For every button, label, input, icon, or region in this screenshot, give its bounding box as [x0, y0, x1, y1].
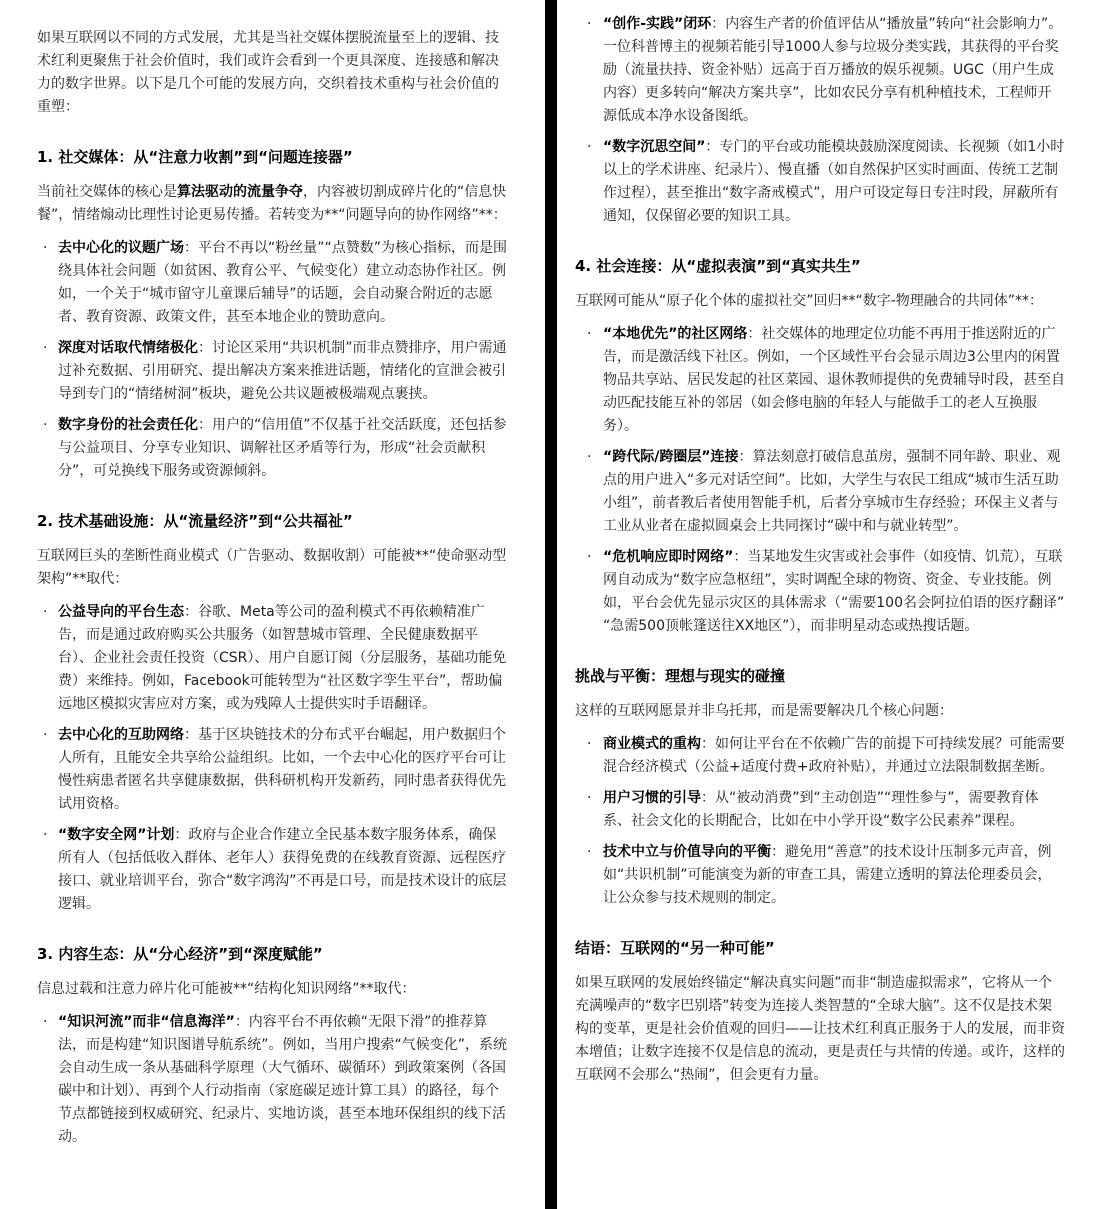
text-run: ：内容生产者的价值评估从“播放量”转向“社会影响力”。一位科普博主的视频若能引导…	[603, 16, 1062, 124]
text-run: 互联网可能从“原子化个体的虚拟社交”回归**“数字-物理融合的共同体”**：	[575, 293, 1043, 309]
bullet-marker-icon: ·	[43, 724, 47, 747]
list-item: ·“数字沉思空间”：专门的平台或功能模块鼓励深度阅读、长视频（如1小时以上的学术…	[575, 136, 1065, 228]
list-item: ·去中心化的议题广场：平台不再以“粉丝量”“点赞数”为核心指标，而是围绕具体社会…	[37, 237, 510, 329]
list-item: ·深度对话取代情绪极化：讨论区采用“共识机制”而非点赞排序，用户需通过补充数据、…	[37, 337, 510, 406]
list-item: ·“知识河流”而非“信息海洋”：内容平台不再依赖“无限下滑”的推荐算法，而是构建…	[37, 1011, 510, 1149]
list-item: ·“跨代际/跨圈层”连接：算法刻意打破信息茧房，强制不同年龄、职业、观点的用户进…	[575, 446, 1065, 538]
bullet-marker-icon: ·	[43, 337, 47, 360]
list-item: ·去中心化的互助网络：基于区块链技术的分布式平台崛起，用户数据归个人所有，且能安…	[37, 724, 510, 816]
text-run: ：谷歌、Meta等公司的盈利模式不再依赖精准广告，而是通过政府购买公共服务（如智…	[58, 604, 506, 712]
list-item: ·“危机响应即时网络”：当某地发生灾害或社会事件（如疫情、饥荒），互联网自动成为…	[575, 546, 1065, 638]
list-item: ·公益导向的平台生态：谷歌、Meta等公司的盈利模式不再依赖精准广告，而是通过政…	[37, 601, 510, 716]
right-column: ·“创作-实践”闭环：内容生产者的价值评估从“播放量”转向“社会影响力”。一位科…	[557, 0, 1097, 1209]
bullet-list: ·“创作-实践”闭环：内容生产者的价值评估从“播放量”转向“社会影响力”。一位科…	[575, 13, 1065, 228]
bullet-list: ·去中心化的议题广场：平台不再以“粉丝量”“点赞数”为核心指标，而是围绕具体社会…	[37, 237, 510, 483]
list-item: ·“创作-实践”闭环：内容生产者的价值评估从“播放量”转向“社会影响力”。一位科…	[575, 13, 1065, 128]
paragraph: 如果互联网以不同的方式发展，尤其是当社交媒体摆脱流量至上的逻辑、技术红利更聚焦于…	[37, 27, 510, 119]
bullet-marker-icon: ·	[587, 446, 591, 469]
paragraph: 信息过载和注意力碎片化可能被**“结构化知识网络”**取代：	[37, 978, 510, 1001]
bullet-marker-icon: ·	[587, 13, 591, 36]
bullet-list: ·“本地优先”的社区网络：社交媒体的地理定位功能不再用于推送附近的广告，而是激活…	[575, 323, 1065, 638]
bullet-marker-icon: ·	[43, 824, 47, 847]
text-run: ：内容平台不再依赖“无限下滑”的推荐算法，而是构建“知识图谱导航系统”。例如，当…	[58, 1014, 507, 1145]
term-emphasis: 技术中立与价值导向的平衡	[603, 844, 771, 860]
text-run: 当前社交媒体的核心是	[37, 184, 177, 200]
list-item: ·“本地优先”的社区网络：社交媒体的地理定位功能不再用于推送附近的广告，而是激活…	[575, 323, 1065, 438]
text-run: 这样的互联网愿景并非乌托邦，而是需要解决几个核心问题：	[575, 703, 953, 719]
bullet-marker-icon: ·	[43, 237, 47, 260]
column-divider	[545, 0, 557, 1209]
term-emphasis: “数字沉思空间”	[603, 139, 705, 155]
text-run: ：社交媒体的地理定位功能不再用于推送附近的广告，而是激活线下社区。例如，一个区域…	[603, 326, 1065, 434]
term-emphasis: “创作-实践”闭环	[603, 16, 711, 32]
term-emphasis: 去中心化的议题广场	[58, 240, 184, 256]
term-emphasis: 数字身份的社会责任化	[58, 417, 198, 433]
list-item: ·用户习惯的引导：从“被动消费”到“主动创造”“理性参与”，需要教育体系、社会文…	[575, 787, 1065, 833]
left-column: 如果互联网以不同的方式发展，尤其是当社交媒体摆脱流量至上的逻辑、技术红利更聚焦于…	[0, 0, 545, 1209]
term-emphasis: “数字安全网”计划	[58, 827, 174, 843]
list-item: ·数字身份的社会责任化：用户的“信用值”不仅基于社交活跃度，还包括参与公益项目、…	[37, 414, 510, 483]
section-heading: 3. 内容生态：从“分心经济”到“深度赋能”	[37, 943, 510, 966]
bullet-marker-icon: ·	[587, 136, 591, 159]
list-item: ·“数字安全网”计划：政府与企业合作建立全民基本数字服务体系，确保所有人（包括低…	[37, 824, 510, 916]
section-heading: 1. 社交媒体：从“注意力收割”到“问题连接器”	[37, 146, 510, 169]
paragraph: 这样的互联网愿景并非乌托邦，而是需要解决几个核心问题：	[575, 700, 1065, 723]
term-emphasis: 公益导向的平台生态	[58, 604, 184, 620]
paragraph: 如果互联网的发展始终锚定“解决真实问题”而非“制造虚拟需求”，它将从一个充满噪声…	[575, 972, 1065, 1087]
bullet-marker-icon: ·	[587, 323, 591, 346]
term-emphasis: 用户习惯的引导	[603, 790, 701, 806]
term-emphasis: “本地优先”的社区网络	[603, 326, 747, 342]
bullet-marker-icon: ·	[587, 787, 591, 810]
bullet-marker-icon: ·	[43, 414, 47, 437]
term-emphasis: 商业模式的重构	[603, 736, 701, 752]
bullet-list: ·商业模式的重构：如何让平台在不依赖广告的前提下可持续发展？可能需要混合经济模式…	[575, 733, 1065, 910]
term-emphasis: 算法驱动的流量争夺	[177, 184, 303, 200]
bullet-marker-icon: ·	[43, 601, 47, 624]
term-emphasis: “跨代际/跨圈层”连接	[603, 449, 739, 465]
text-run: 信息过载和注意力碎片化可能被**“结构化知识网络”**取代：	[37, 981, 416, 997]
term-emphasis: “危机响应即时网络”	[603, 549, 733, 565]
term-emphasis: “知识河流”而非“信息海洋”	[58, 1014, 235, 1030]
text-run: 如果互联网以不同的方式发展，尤其是当社交媒体摆脱流量至上的逻辑、技术红利更聚焦于…	[37, 30, 499, 115]
bullet-list: ·公益导向的平台生态：谷歌、Meta等公司的盈利模式不再依赖精准广告，而是通过政…	[37, 601, 510, 916]
term-emphasis: 深度对话取代情绪极化	[58, 340, 198, 356]
bullet-marker-icon: ·	[43, 1011, 47, 1034]
paragraph: 互联网巨头的垄断性商业模式（广告驱动、数据收割）可能被**“使命驱动型架构”**…	[37, 545, 510, 591]
paragraph: 互联网可能从“原子化个体的虚拟社交”回归**“数字-物理融合的共同体”**：	[575, 290, 1065, 313]
term-emphasis: 去中心化的互助网络	[58, 727, 184, 743]
paragraph: 当前社交媒体的核心是算法驱动的流量争夺，内容被切割成碎片化的“信息快餐”，情绪煽…	[37, 181, 510, 227]
list-item: ·商业模式的重构：如何让平台在不依赖广告的前提下可持续发展？可能需要混合经济模式…	[575, 733, 1065, 779]
section-heading: 挑战与平衡：理想与现实的碰撞	[575, 665, 1065, 688]
bullet-list: ·“知识河流”而非“信息海洋”：内容平台不再依赖“无限下滑”的推荐算法，而是构建…	[37, 1011, 510, 1149]
text-run: 互联网巨头的垄断性商业模式（广告驱动、数据收割）可能被**“使命驱动型架构”**…	[37, 548, 506, 587]
section-heading: 2. 技术基础设施：从“流量经济”到“公共福祉”	[37, 510, 510, 533]
document-page: 如果互联网以不同的方式发展，尤其是当社交媒体摆脱流量至上的逻辑、技术红利更聚焦于…	[0, 0, 1097, 1209]
bullet-marker-icon: ·	[587, 733, 591, 756]
section-heading: 4. 社会连接：从“虚拟表演”到“真实共生”	[575, 255, 1065, 278]
text-run: 如果互联网的发展始终锚定“解决真实问题”而非“制造虚拟需求”，它将从一个充满噪声…	[575, 975, 1065, 1083]
list-item: ·技术中立与价值导向的平衡：避免用“善意”的技术设计压制多元声音，例如“共识机制…	[575, 841, 1065, 910]
section-heading: 结语：互联网的“另一种可能”	[575, 937, 1065, 960]
bullet-marker-icon: ·	[587, 841, 591, 864]
bullet-marker-icon: ·	[587, 546, 591, 569]
